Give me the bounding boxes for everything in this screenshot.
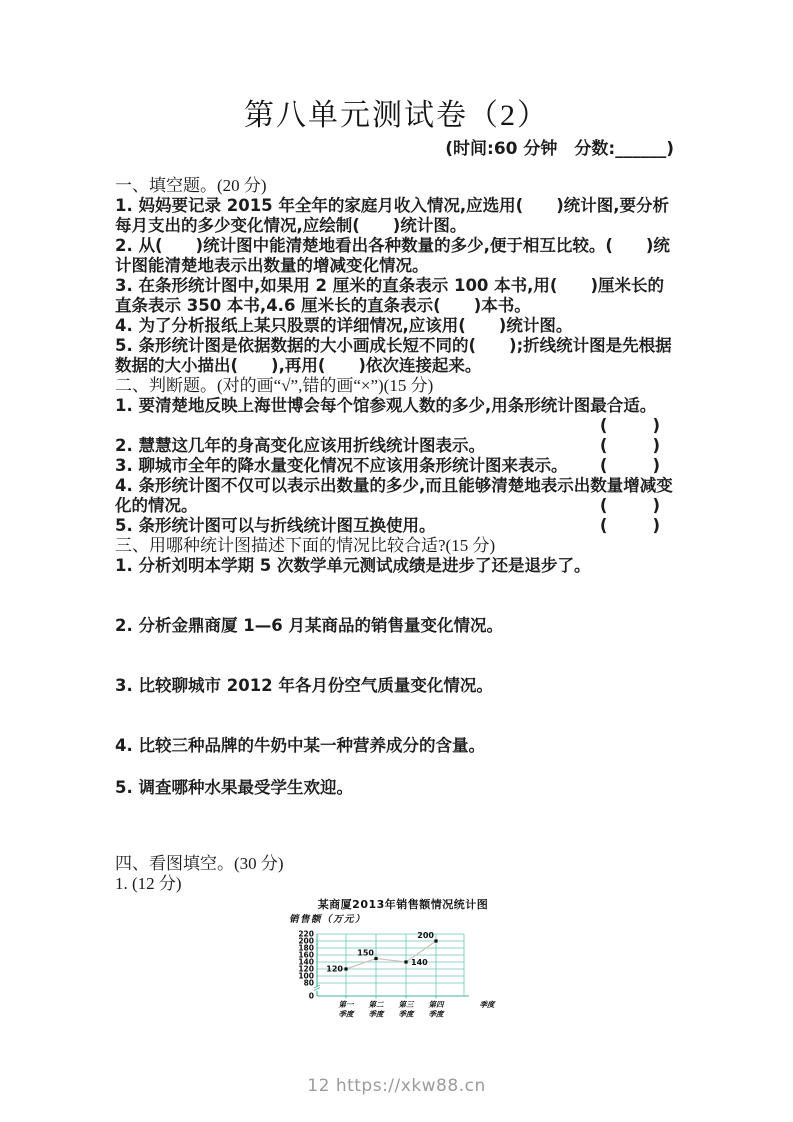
line-chart-svg: 080100120140160180200220120150140200第一季度… bbox=[287, 926, 519, 1032]
chart-title: 某商厦2013年销售额情况统计图 bbox=[287, 898, 519, 912]
svg-text:第一: 第一 bbox=[339, 1000, 355, 1009]
svg-text:季度: 季度 bbox=[480, 1000, 496, 1009]
judge-question-2: 2. 慧慧这几年的身高变化应该用折线统计图表示。 ( ) bbox=[115, 436, 678, 456]
svg-text:第二: 第二 bbox=[369, 1000, 384, 1009]
svg-text:200: 200 bbox=[417, 931, 434, 940]
svg-text:季度: 季度 bbox=[339, 1010, 355, 1019]
svg-text:150: 150 bbox=[357, 949, 374, 958]
time-score-line: (时间:60 分钟 分数:______) bbox=[115, 136, 678, 162]
chart-plot-area: 080100120140160180200220120150140200第一季度… bbox=[287, 926, 519, 1032]
section4-header: 四、看图填空。(30 分) bbox=[115, 854, 678, 874]
section2-header: 二、判断题。(对的画“√”,错的画“×”)(15 分) bbox=[115, 376, 678, 396]
judge-answer-blank-2: ( ) bbox=[600, 436, 664, 456]
chart-y-axis-label: 销售额（万元） bbox=[289, 913, 519, 926]
judge-question-3-text: 3. 聊城市全年的降水量变化情况不应该用条形统计图来表示。 bbox=[115, 456, 568, 475]
svg-text:季度: 季度 bbox=[429, 1010, 445, 1019]
judge-question-4-text: 4. 条形统计图不仅可以表示出数量的多少,而且能够清楚地表示出数量增减变化的情况… bbox=[115, 476, 673, 515]
judge-answer-blank-3: ( ) bbox=[600, 456, 664, 476]
choose-question-3: 3. 比较聊城市 2012 年各月份空气质量变化情况。 bbox=[115, 676, 678, 696]
choose-question-1: 1. 分析刘明本学期 5 次数学单元测试成绩是进步了还是退步了。 bbox=[115, 556, 678, 576]
svg-text:季度: 季度 bbox=[369, 1010, 385, 1019]
svg-text:0: 0 bbox=[309, 992, 314, 1001]
judge-question-1: 1. 要清楚地反映上海世博会每个馆参观人数的多少,用条形统计图最合适。 ( ) bbox=[115, 396, 678, 436]
test-paper-page: 第八单元测试卷（2） (时间:60 分钟 分数:______) 一、填空题。(2… bbox=[0, 0, 793, 1122]
choose-question-5: 5. 调查哪种水果最受学生欢迎。 bbox=[115, 778, 678, 798]
choose-question-4: 4. 比较三种品牌的牛奶中某一种营养成分的含量。 bbox=[115, 736, 678, 756]
judge-question-4: 4. 条形统计图不仅可以表示出数量的多少,而且能够清楚地表示出数量增减变化的情况… bbox=[115, 476, 678, 516]
fill-question-3: 3. 在条形统计图中,如果用 2 厘米的直条表示 100 本书,用( )厘米长的… bbox=[115, 276, 678, 316]
page-title: 第八单元测试卷（2） bbox=[115, 96, 678, 136]
fill-question-5: 5. 条形统计图是依据数据的大小画成长短不同的( );折线统计图是先根据数据的大… bbox=[115, 336, 678, 376]
judge-answer-blank-5: ( ) bbox=[600, 516, 664, 536]
judge-question-1-text: 1. 要清楚地反映上海世博会每个馆参观人数的多少,用条形统计图最合适。 bbox=[115, 396, 656, 415]
judge-question-5: 5. 条形统计图可以与折线统计图互换使用。 ( ) bbox=[115, 516, 678, 536]
judge-answer-blank-4: ( ) bbox=[600, 496, 664, 516]
page-footer: 12 https://xkw88.cn bbox=[0, 1076, 793, 1096]
section3-header: 三、用哪种统计图描述下面的情况比较合适?(15 分) bbox=[115, 536, 678, 556]
judge-question-3: 3. 聊城市全年的降水量变化情况不应该用条形统计图来表示。 ( ) bbox=[115, 456, 678, 476]
section1-header: 一、填空题。(20 分) bbox=[115, 176, 678, 196]
judge-question-2-text: 2. 慧慧这几年的身高变化应该用折线统计图表示。 bbox=[115, 436, 485, 455]
svg-text:120: 120 bbox=[326, 965, 343, 974]
svg-text:第四: 第四 bbox=[429, 1000, 445, 1009]
svg-text:140: 140 bbox=[411, 958, 428, 967]
svg-text:季度: 季度 bbox=[399, 1010, 415, 1019]
fill-question-4: 4. 为了分析报纸上某只股票的详细情况,应该用( )统计图。 bbox=[115, 316, 678, 336]
fill-question-1: 1. 妈妈要记录 2015 年全年的家庭月收入情况,应选用( )统计图,要分析每… bbox=[115, 196, 678, 236]
svg-text:220: 220 bbox=[298, 930, 314, 939]
fill-question-2: 2. 从( )统计图中能清楚地看出各种数量的多少,便于相互比较。( )统计图能清… bbox=[115, 236, 678, 276]
sales-line-chart: 某商厦2013年销售额情况统计图 销售额（万元） 080100120140160… bbox=[287, 898, 519, 1032]
choose-question-2: 2. 分析金鼎商厦 1—6 月某商品的销售量变化情况。 bbox=[115, 616, 678, 636]
svg-text:第三: 第三 bbox=[399, 1000, 415, 1009]
section4-sub-question: 1. (12 分) bbox=[115, 874, 678, 894]
judge-question-5-text: 5. 条形统计图可以与折线统计图互换使用。 bbox=[115, 516, 436, 535]
judge-answer-blank-1: ( ) bbox=[600, 416, 664, 436]
